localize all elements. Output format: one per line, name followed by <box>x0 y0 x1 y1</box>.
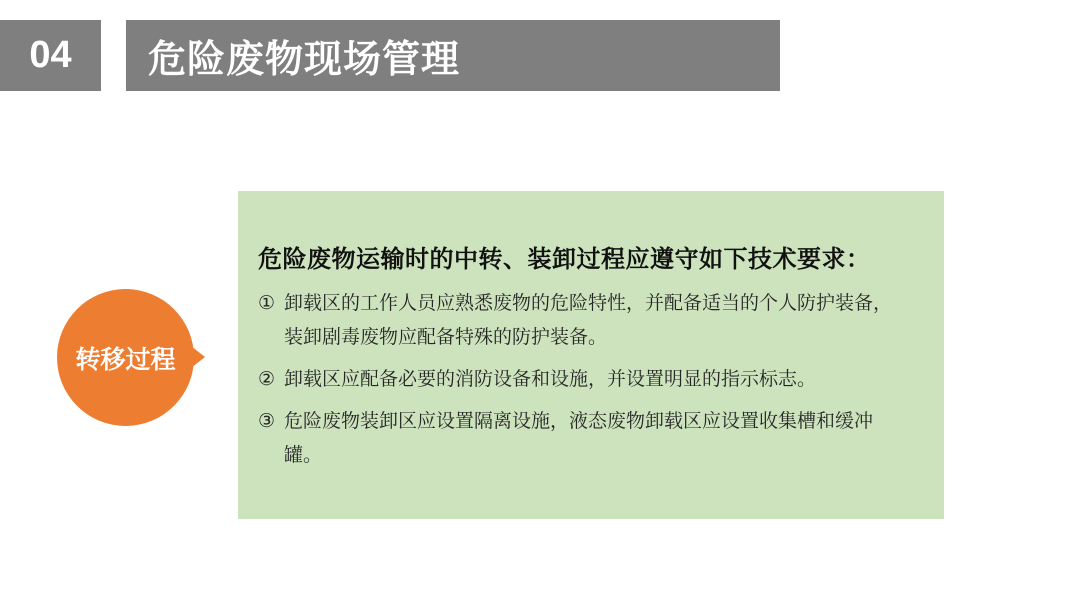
panel-heading: 危险废物运输时的中转、装卸过程应遵守如下技术要求： <box>258 239 924 274</box>
list-item: ③ 危险废物装卸区应设置隔离设施，液态废物卸载区应设置收集槽和缓冲罐。 <box>258 404 924 472</box>
section-number: 04 <box>0 20 101 91</box>
list-item: ① 卸载区的工作人员应熟悉废物的危险特性，并配备适当的个人防护装备，装卸剧毒废物… <box>258 286 924 354</box>
topic-badge-label: 转移过程 <box>75 340 175 376</box>
topic-badge: 转移过程 <box>57 289 194 426</box>
item-text: 危险废物装卸区应设置隔离设施，液态废物卸载区应设置收集槽和缓冲罐。 <box>284 404 904 472</box>
page-title: 危险废物现场管理 <box>126 20 780 91</box>
item-text: 卸载区的工作人员应熟悉废物的危险特性，并配备适当的个人防护装备，装卸剧毒废物应配… <box>284 286 904 354</box>
list-item: ② 卸载区应配备必要的消防设备和设施，并设置明显的指示标志。 <box>258 362 924 396</box>
item-number: ③ <box>258 404 284 472</box>
item-number: ① <box>258 286 284 354</box>
content-panel: 危险废物运输时的中转、装卸过程应遵守如下技术要求： ① 卸载区的工作人员应熟悉废… <box>238 191 944 519</box>
item-number: ② <box>258 362 284 396</box>
item-text: 卸载区应配备必要的消防设备和设施，并设置明显的指示标志。 <box>284 362 904 396</box>
